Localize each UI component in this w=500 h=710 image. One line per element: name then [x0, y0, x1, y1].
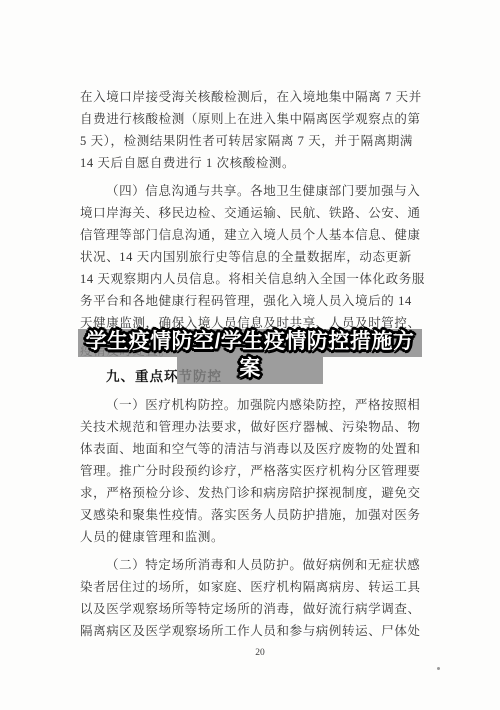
document-line: 管理。推广分时段预约诊疗，严格落实医疗机构分区管理要 — [80, 460, 440, 482]
document-line: 境口岸海关、移民边检、交通运输、民航、铁路、公安、通 — [80, 202, 440, 224]
scanned-document-page: 在入境口岸接受海关核酸检测后，在入境地集中隔离 7 天并 自费进行核酸检测（原则… — [0, 0, 500, 710]
document-line: 14 天观察期内人员信息。将相关信息纳入全国一体化政务服 — [80, 268, 440, 290]
document-line: 务平台和各地健康行程码管理，强化入境人员入境后的 14 — [80, 290, 440, 312]
document-line: 叉感染和聚集性疫情。落实医务人员防护措施，加强对医务 — [80, 504, 440, 526]
document-line: 染者居住过的场所，如家庭、医疗机构隔离病房、转运工具 — [80, 576, 440, 598]
document-line: 信管理等部门信息沟通，建立入境人员个人基本信息、健康 — [80, 224, 440, 246]
document-line: 人员的健康管理和监测。 — [80, 526, 440, 548]
document-line: （二）特定场所消毒和人员防护。做好病例和无症状感 — [80, 554, 440, 576]
document-line: （一）医疗机构防控。加强院内感染防控，严格按照相 — [80, 394, 440, 416]
document-line: 在入境口岸接受海关核酸检测后，在入境地集中隔离 7 天并 — [80, 86, 440, 108]
document-line: 隔离病区及医学观察场所工作人员和参与病例转运、尸体处 — [80, 620, 440, 642]
document-line: 5 天），检测结果阴性者可转居家隔离 7 天，并于隔离期满 — [80, 130, 440, 152]
document-line: 14 天后自愿自费进行 1 次核酸检测。 — [80, 152, 440, 174]
document-line: 状况、14 天内国别旅行史等信息的全量数据库，动态更新 — [80, 246, 440, 268]
document-line: 体表面、地面和空气等的清洁与消毒以及医疗废物的处置和 — [80, 438, 440, 460]
document-line: 求，严格预检分诊、发热门诊和病房陪护探视制度，避免交 — [80, 482, 440, 504]
watermark-title: 学生疫情防空/学生疫情防控措施方 案 — [0, 329, 500, 384]
document-line: 以及医学观察场所等特定场所的消毒，做好流行病学调查、 — [80, 598, 440, 620]
document-line: （四）信息沟通与共享。各地卫生健康部门要加强与入 — [80, 180, 440, 202]
watermark-title-line2: 案 — [0, 357, 500, 384]
document-line: 关技术规范和管理办法要求，做好医疗器械、污染物品、物 — [80, 416, 440, 438]
watermark-title-line1: 学生疫情防空/学生疫情防控措施方 — [0, 329, 500, 357]
document-line: 自费进行核酸检测（原则上在进入集中隔离医学观察点的第 — [80, 108, 440, 130]
page-number: 20 — [80, 647, 440, 659]
scan-speck — [437, 667, 440, 670]
